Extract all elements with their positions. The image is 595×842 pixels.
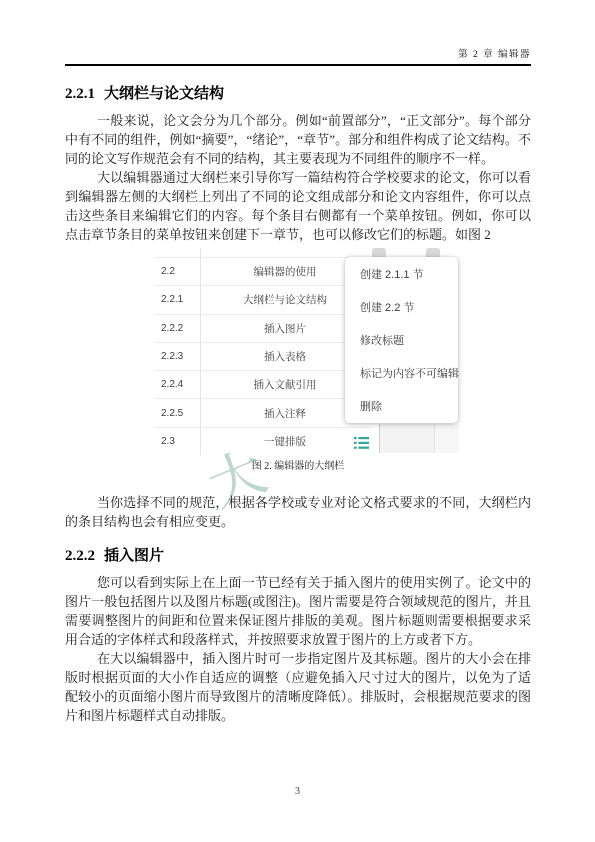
outline-list: 2.2 编辑器的使用 2.2.1 大纲栏与论文结构 2.2.2 插入图片 2.2…	[155, 257, 370, 455]
ui-fragment-tab	[426, 248, 440, 257]
outline-row: 2.2.2 插入图片	[155, 314, 370, 342]
section-number: 2.2.1	[65, 86, 95, 102]
page-number: 3	[0, 786, 595, 797]
outline-row-number: 2.2.3	[155, 351, 200, 362]
body-text-block-1: 一般来说，论文会分为几个部分。例如“前置部分”，“正文部分”。每个部分中有不同的…	[65, 111, 531, 244]
outline-row: 2.2.5 插入注释	[155, 398, 370, 426]
menu-item-delete: 删除	[345, 390, 458, 423]
menu-item-create-subsection: 创建 2.1.1 节	[345, 257, 458, 290]
outline-row: 2.2.1 大纲栏与论文结构	[155, 285, 370, 313]
outline-row-number: 2.2.2	[155, 323, 200, 334]
format-list-icon	[354, 436, 369, 454]
header-rule	[65, 64, 531, 66]
ui-fragment-tab	[372, 248, 386, 257]
section-title: 插入图片	[104, 547, 164, 564]
body-text-block-3: 您可以看到实际上在上面一节已经有关于插入图片的使用实例了。论文中的图片一般包括图…	[65, 573, 531, 725]
outline-row: 2.3 一键排版	[155, 427, 370, 455]
section-heading-outline: 2.2.1大纲栏与论文结构	[65, 82, 224, 103]
outline-row: 2.2.3 插入表格	[155, 342, 370, 370]
ui-fragment-panel	[434, 424, 459, 453]
outline-row-number: 2.2.5	[155, 408, 200, 419]
ui-fragment-panel	[379, 424, 434, 453]
paragraph-1: 一般来说，论文会分为几个部分。例如“前置部分”，“正文部分”。每个部分中有不同的…	[65, 111, 531, 168]
paragraph-5: 在大以编辑器中，插入图片时可一步指定图片及其标题。图片的大小会在排版时根据页面的…	[65, 649, 531, 725]
outline-row-number: 2.3	[155, 436, 200, 447]
section-title: 大纲栏与论文结构	[104, 85, 224, 102]
outline-row-label: 一键排版	[200, 434, 370, 449]
section-number: 2.2.2	[65, 548, 95, 564]
outline-row: 2.2.4 插入文献引用	[155, 370, 370, 398]
menu-item-rename-title: 修改标题	[345, 323, 458, 356]
outline-row-number: 2.2	[155, 266, 200, 277]
outline-row-number: 2.2.1	[155, 294, 200, 305]
figure-caption: 图 2. 编辑器的大纲栏	[65, 457, 531, 472]
context-menu: 创建 2.1.1 节 创建 2.2 节 修改标题 标记为内容不可编辑 删除	[345, 257, 458, 423]
menu-item-mark-noneditable: 标记为内容不可编辑	[345, 357, 458, 390]
running-header: 第 2 章 编辑器	[458, 46, 531, 60]
paragraph-2: 大以编辑器通过大纲栏来引导你写一篇结构符合学校要求的论文，你可以看到编辑器左侧的…	[65, 168, 531, 244]
outline-row-number: 2.2.4	[155, 379, 200, 390]
paragraph-3: 当你选择不同的规范，根据各学校或专业对论文格式要求的不同，大纲栏内的条目结构也会…	[65, 493, 531, 531]
outline-row: 2.2 编辑器的使用	[155, 257, 370, 285]
paragraph-4: 您可以看到实际上在上面一节已经有关于插入图片的使用实例了。论文中的图片一般包括图…	[65, 573, 531, 649]
document-page: 第 2 章 编辑器 2.2.1大纲栏与论文结构 一般来说，论文会分为几个部分。例…	[0, 0, 595, 842]
figure-outline-screenshot: 2.2 编辑器的使用 2.2.1 大纲栏与论文结构 2.2.2 插入图片 2.2…	[155, 248, 465, 456]
section-heading-insert-image: 2.2.2插入图片	[65, 544, 164, 565]
menu-item-create-section: 创建 2.2 节	[345, 290, 458, 323]
body-text-block-2: 当你选择不同的规范，根据各学校或专业对论文格式要求的不同，大纲栏内的条目结构也会…	[65, 493, 531, 531]
